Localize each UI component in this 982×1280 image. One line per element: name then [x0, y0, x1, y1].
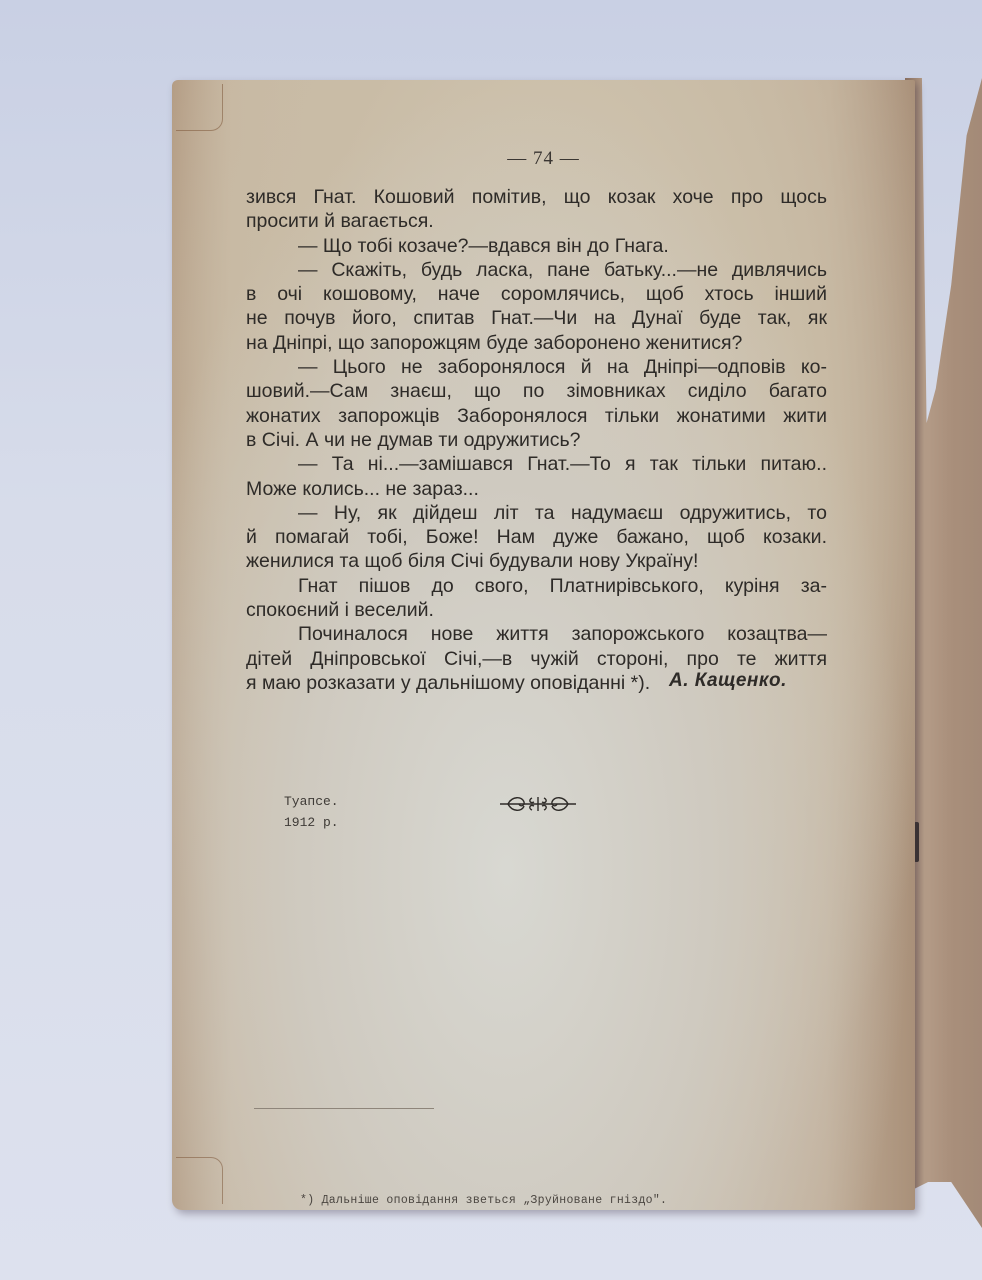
- text-line: й помагай тобі, Боже! Нам дуже бажано, щ…: [246, 525, 827, 549]
- text-line: жонатих запорожців Заборонялося тільки ж…: [246, 404, 827, 428]
- text-line: спокоєний і веселий.: [246, 598, 827, 622]
- fleuron-ornament-icon: [498, 792, 578, 816]
- corner-fold-top-left: [176, 84, 223, 131]
- corner-fold-bottom-left: [176, 1157, 223, 1204]
- place: Туапсе.: [284, 791, 339, 812]
- adjacent-torn-page: [905, 78, 982, 1228]
- book-page: — 74 — зився Гнат. Кошовий помітив, що к…: [172, 80, 915, 1210]
- text-line: не почув його, спитав Гнат.—Чи на Дунаї …: [246, 306, 827, 330]
- text-line: просити й вагається.: [246, 209, 827, 233]
- text-line: женилися та щоб біля Січі будували нову …: [246, 549, 827, 573]
- text-line: — Та ні...—замішався Гнат.—То я так тіль…: [246, 452, 827, 476]
- text-line: на Дніпрі, що запорожцям буде заборонено…: [246, 331, 827, 355]
- text-line: Гнат пішов до свого, Платнирівського, ку…: [246, 574, 827, 598]
- page-number: — 74 —: [172, 148, 915, 170]
- text-line: дітей Дніпровської Січі,—в чужій стороні…: [246, 647, 827, 671]
- text-line: в очі кошовому, наче соромлячись, щоб хт…: [246, 282, 827, 306]
- text-line: — Скажіть, будь ласка, пане батьку...—не…: [246, 258, 827, 282]
- text-line: — Ну, як дійдеш літ та надумаєш одружити…: [246, 501, 827, 525]
- text-line: шовий.—Сам знаєш, що по зімовниках сиділ…: [246, 379, 827, 403]
- footnote-rule: [254, 1108, 434, 1109]
- body-text: зився Гнат. Кошовий помітив, що козак хо…: [246, 185, 827, 695]
- place-date: Туапсе. 1912 р.: [284, 791, 339, 833]
- text-line: зився Гнат. Кошовий помітив, що козак хо…: [246, 185, 827, 209]
- footnote: *) Дальніше оповідання зветься „Зруйнова…: [300, 1194, 667, 1207]
- text-line: в Січі. А чи не думав ти одружитись?: [246, 428, 827, 452]
- text-line: — Що тобі козаче?—вдався він до Гнага.: [246, 234, 827, 258]
- date: 1912 р.: [284, 812, 339, 833]
- text-line: Починалося нове життя запорожського коза…: [246, 622, 827, 646]
- author-signature: А. Кащенко.: [669, 670, 787, 692]
- text-line: — Цього не заборонялося й на Дніпрі—одпо…: [246, 355, 827, 379]
- text-line: Може колись... не зараз...: [246, 477, 827, 501]
